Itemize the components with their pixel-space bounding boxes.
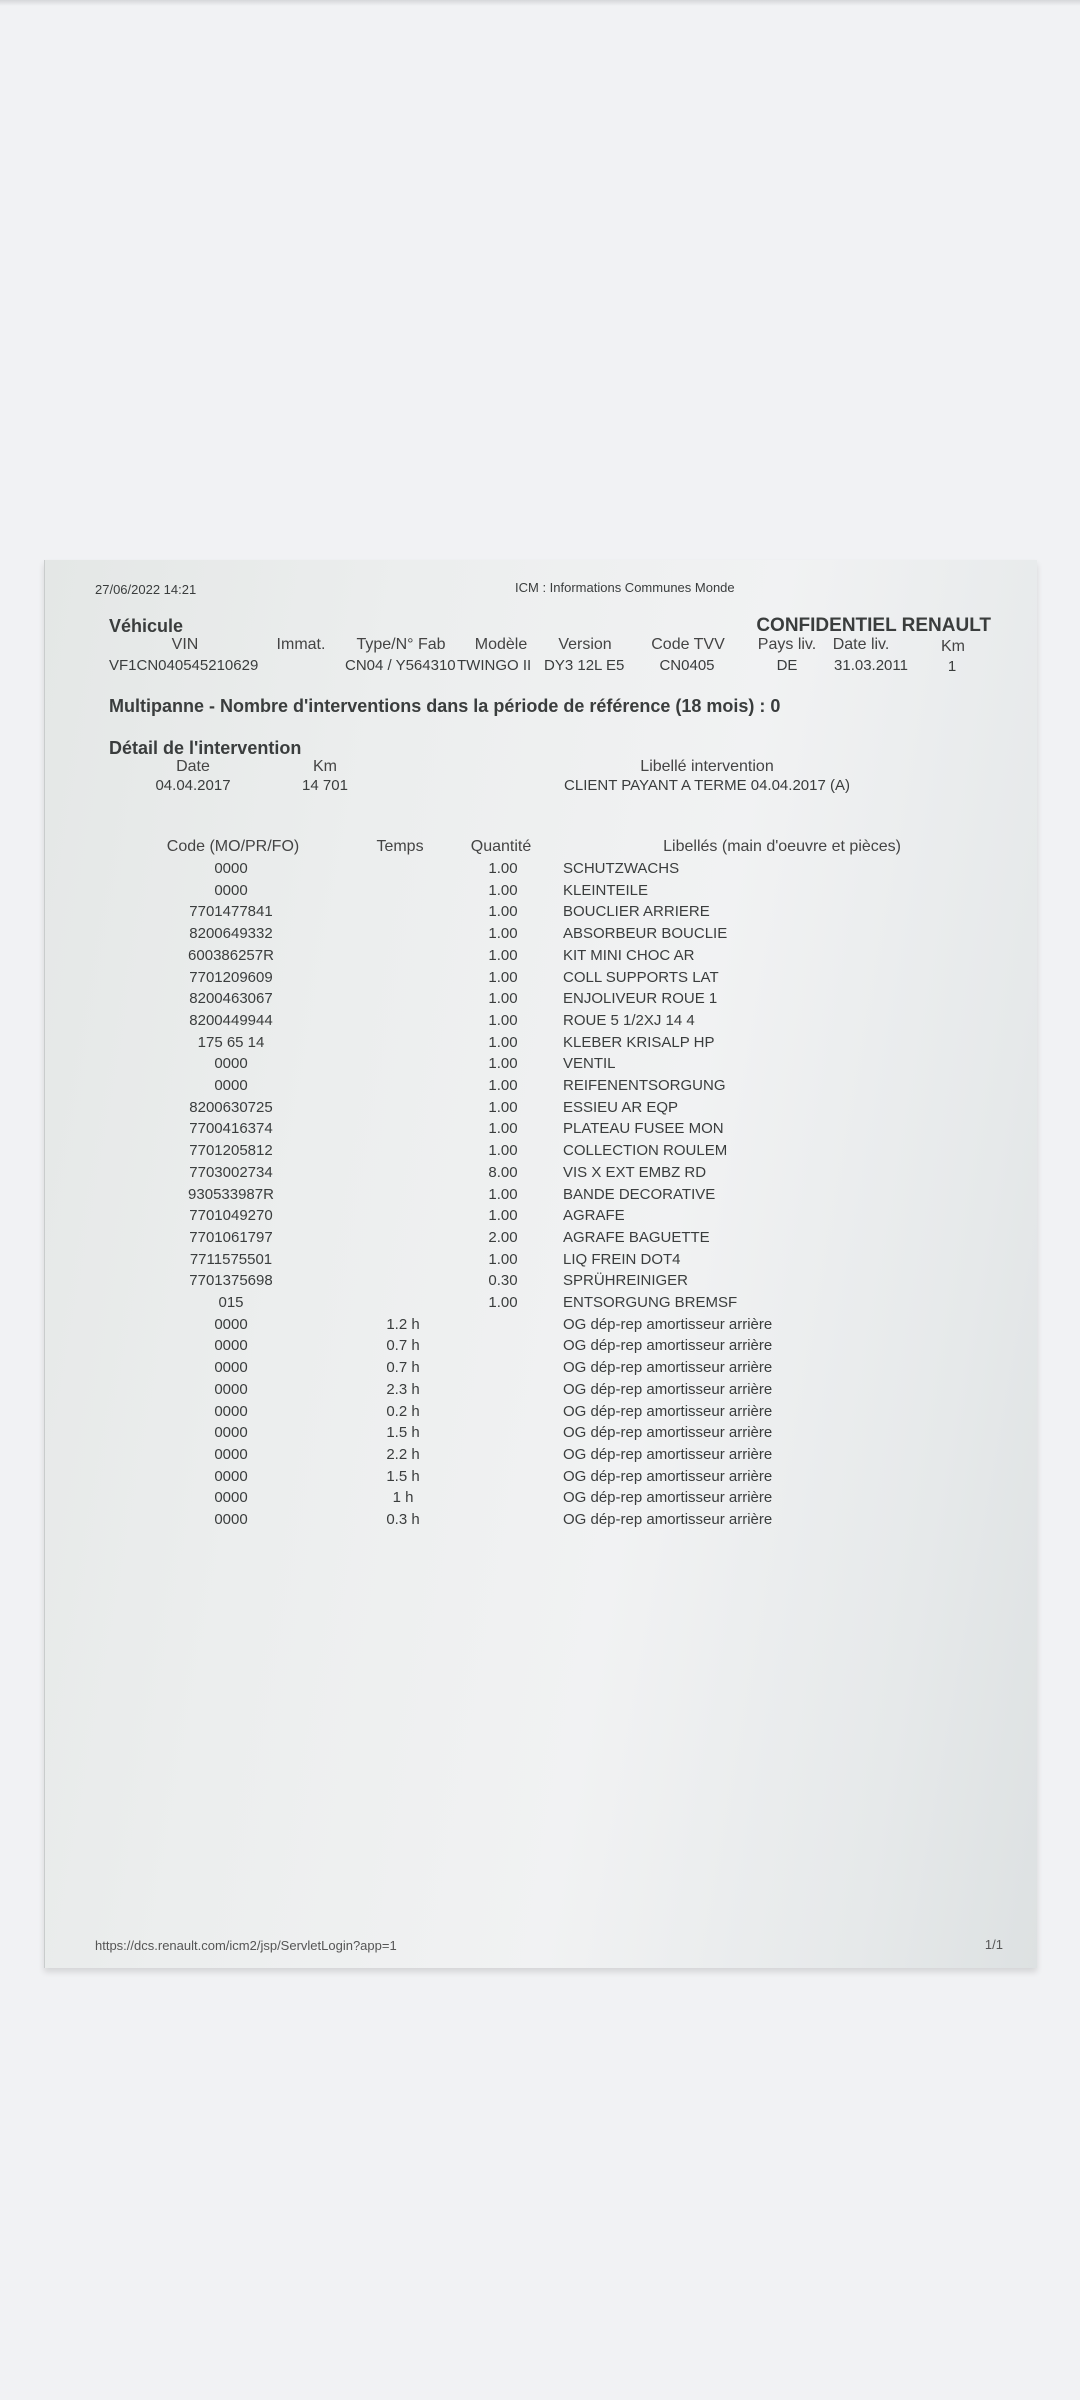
row-temps: 0.7 h [386, 1337, 419, 1354]
row-libelle: ENJOLIVEUR ROUE 1 [563, 990, 717, 1007]
table-row: 175 65 141.00KLEBER KRISALP HP [45, 1034, 1037, 1055]
km-label: Km [941, 638, 965, 656]
table-row: 00001.5 hOG dép-rep amortisseur arrière [45, 1424, 1037, 1445]
row-libelle: BOUCLIER ARRIERE [563, 903, 710, 920]
row-code: 0000 [214, 1403, 247, 1420]
row-code: 0000 [214, 1489, 247, 1506]
row-libelle: COLLECTION ROULEM [563, 1142, 727, 1159]
row-libelle: REIFENENTSORGUNG [563, 1077, 726, 1094]
intervention-date-value: 04.04.2017 [155, 777, 230, 794]
row-code: 0000 [214, 1381, 247, 1398]
row-quantite: 1.00 [488, 947, 517, 964]
intervention-section-title: Détail de l'intervention [109, 738, 301, 759]
table-row: 77030027348.00VIS X EXT EMBZ RD [45, 1164, 1037, 1185]
table-row: 0151.00ENTSORGUNG BREMSF [45, 1294, 1037, 1315]
date-liv-label: Date liv. [833, 636, 890, 654]
row-libelle: OG dép-rep amortisseur arrière [563, 1359, 772, 1376]
km-value: 1 [948, 658, 956, 675]
row-code: 7701049270 [189, 1207, 272, 1224]
row-temps: 0.7 h [386, 1359, 419, 1376]
vehicle-section-title: Véhicule [109, 616, 183, 637]
immat-label: Immat. [277, 636, 326, 654]
table-row: 00001.00REIFENENTSORGUNG [45, 1077, 1037, 1098]
row-code: 0000 [214, 882, 247, 899]
table-row: 00000.2 hOG dép-rep amortisseur arrière [45, 1403, 1037, 1424]
row-code: 0000 [214, 860, 247, 877]
pays-liv-label: Pays liv. [758, 636, 816, 654]
intervention-km-value: 14 701 [302, 777, 348, 794]
row-temps: 1 h [393, 1489, 414, 1506]
row-quantite: 1.00 [488, 990, 517, 1007]
code-tvv-label: Code TVV [651, 636, 725, 654]
table-row: 00001.00SCHUTZWACHS [45, 860, 1037, 881]
row-code: 8200463067 [189, 990, 272, 1007]
status-bar-shadow [0, 0, 1080, 6]
row-code: 7701209609 [189, 969, 272, 986]
table-row: 00000.3 hOG dép-rep amortisseur arrière [45, 1511, 1037, 1532]
col-header-quantite: Quantité [471, 838, 531, 856]
row-quantite: 1.00 [488, 1099, 517, 1116]
row-quantite: 1.00 [488, 860, 517, 877]
row-temps: 1.5 h [386, 1424, 419, 1441]
row-code: 7701061797 [189, 1229, 272, 1246]
version-value: DY3 12L E5 [544, 657, 624, 674]
modele-label: Modèle [475, 636, 527, 654]
multipanne-summary: Multipanne - Nombre d'interventions dans… [109, 696, 780, 717]
col-header-code: Code (MO/PR/FO) [167, 838, 299, 856]
row-code: 175 65 14 [198, 1034, 265, 1051]
row-quantite: 1.00 [488, 969, 517, 986]
row-libelle: OG dép-rep amortisseur arrière [563, 1468, 772, 1485]
type-value: CN04 / Y564310 [345, 657, 456, 674]
row-libelle: OG dép-rep amortisseur arrière [563, 1381, 772, 1398]
row-code: 7711575501 [190, 1251, 272, 1268]
type-label: Type/N° Fab [356, 636, 445, 654]
table-row: 00001 hOG dép-rep amortisseur arrière [45, 1489, 1037, 1510]
row-quantite: 1.00 [488, 1251, 517, 1268]
system-title: ICM : Informations Communes Monde [515, 580, 735, 595]
row-quantite: 1.00 [488, 903, 517, 920]
code-tvv-value: CN0405 [659, 657, 714, 674]
table-row: 82006493321.00ABSORBEUR BOUCLIE [45, 925, 1037, 946]
row-quantite: 1.00 [488, 1012, 517, 1029]
col-header-temps: Temps [376, 838, 423, 856]
row-libelle: AGRAFE BAGUETTE [563, 1229, 710, 1246]
row-quantite: 1.00 [488, 925, 517, 942]
row-quantite: 1.00 [488, 1294, 517, 1311]
row-libelle: SPRÜHREINIGER [563, 1272, 688, 1289]
row-quantite: 1.00 [488, 1207, 517, 1224]
table-row: 00001.2 hOG dép-rep amortisseur arrière [45, 1316, 1037, 1337]
row-code: 8200649332 [189, 925, 272, 942]
intervention-date-label: Date [176, 758, 210, 776]
modele-value: TWINGO II [457, 657, 531, 674]
row-code: 015 [218, 1294, 243, 1311]
row-libelle: KIT MINI CHOC AR [563, 947, 694, 964]
row-code: 0000 [214, 1359, 247, 1376]
date-liv-value: 31.03.2011 [834, 657, 908, 674]
row-code: 0000 [214, 1316, 247, 1333]
row-code: 0000 [214, 1424, 247, 1441]
row-libelle: KLEBER KRISALP HP [563, 1034, 714, 1051]
row-code: 0000 [214, 1055, 247, 1072]
table-row: 82004499441.00ROUE 5 1/2XJ 14 4 [45, 1012, 1037, 1033]
row-temps: 1.2 h [386, 1316, 419, 1333]
row-temps: 2.3 h [386, 1381, 419, 1398]
row-libelle: OG dép-rep amortisseur arrière [563, 1446, 772, 1463]
row-temps: 0.2 h [386, 1403, 419, 1420]
document-page: 27/06/2022 14:21 ICM : Informations Comm… [44, 560, 1037, 1968]
table-row: 00002.3 hOG dép-rep amortisseur arrière [45, 1381, 1037, 1402]
row-code: 0000 [214, 1446, 247, 1463]
row-code: 8200630725 [189, 1099, 272, 1116]
row-libelle: PLATEAU FUSEE MON [563, 1120, 724, 1137]
table-row: 00002.2 hOG dép-rep amortisseur arrière [45, 1446, 1037, 1467]
table-row: 77010492701.00AGRAFE [45, 1207, 1037, 1228]
row-libelle: KLEINTEILE [563, 882, 648, 899]
table-row: 77012096091.00COLL SUPPORTS LAT [45, 969, 1037, 990]
row-quantite: 1.00 [488, 1055, 517, 1072]
row-libelle: COLL SUPPORTS LAT [563, 969, 719, 986]
row-code: 0000 [214, 1468, 247, 1485]
row-quantite: 1.00 [488, 1186, 517, 1203]
table-row: 600386257R1.00KIT MINI CHOC AR [45, 947, 1037, 968]
row-libelle: VENTIL [563, 1055, 616, 1072]
row-quantite: 1.00 [488, 1034, 517, 1051]
row-libelle: ROUE 5 1/2XJ 14 4 [563, 1012, 695, 1029]
row-temps: 2.2 h [386, 1446, 419, 1463]
row-quantite: 1.00 [488, 1120, 517, 1137]
row-code: 600386257R [188, 947, 274, 964]
version-label: Version [558, 636, 611, 654]
confidential-label: CONFIDENTIEL RENAULT [756, 615, 991, 637]
table-row: 82006307251.00ESSIEU AR EQP [45, 1099, 1037, 1120]
row-quantite: 1.00 [488, 1142, 517, 1159]
table-row: 77010617972.00AGRAFE BAGUETTE [45, 1229, 1037, 1250]
row-libelle: LIQ FREIN DOT4 [563, 1251, 681, 1268]
row-code: 0000 [214, 1511, 247, 1528]
intervention-libelle-label: Libellé intervention [640, 758, 773, 776]
row-code: 0000 [214, 1077, 247, 1094]
row-code: 7703002734 [189, 1164, 272, 1181]
row-quantite: 0.30 [488, 1272, 517, 1289]
row-libelle: OG dép-rep amortisseur arrière [563, 1424, 772, 1441]
row-libelle: OG dép-rep amortisseur arrière [563, 1316, 772, 1333]
table-row: 00000.7 hOG dép-rep amortisseur arrière [45, 1337, 1037, 1358]
row-code: 7701375698 [189, 1272, 272, 1289]
table-row: 77004163741.00PLATEAU FUSEE MON [45, 1120, 1037, 1141]
row-libelle: OG dép-rep amortisseur arrière [563, 1403, 772, 1420]
row-temps: 0.3 h [386, 1511, 419, 1528]
row-libelle: OG dép-rep amortisseur arrière [563, 1337, 772, 1354]
table-row: 930533987R1.00BANDE DECORATIVE [45, 1186, 1037, 1207]
row-libelle: ESSIEU AR EQP [563, 1099, 678, 1116]
table-row: 00000.7 hOG dép-rep amortisseur arrière [45, 1359, 1037, 1380]
row-code: 0000 [214, 1337, 247, 1354]
row-libelle: OG dép-rep amortisseur arrière [563, 1511, 772, 1528]
print-datetime: 27/06/2022 14:21 [95, 582, 196, 597]
table-row: 77013756980.30SPRÜHREINIGER [45, 1272, 1037, 1293]
row-libelle: AGRAFE [563, 1207, 625, 1224]
footer-url: https://dcs.renault.com/icm2/jsp/Servlet… [95, 1938, 397, 1953]
row-quantite: 2.00 [488, 1229, 517, 1246]
row-code: 930533987R [188, 1186, 274, 1203]
col-header-libelles: Libellés (main d'oeuvre et pièces) [663, 838, 901, 856]
table-row: 00001.00VENTIL [45, 1055, 1037, 1076]
row-libelle: BANDE DECORATIVE [563, 1186, 715, 1203]
table-row: 77115755011.00LIQ FREIN DOT4 [45, 1251, 1037, 1272]
row-libelle: ENTSORGUNG BREMSF [563, 1294, 737, 1311]
row-libelle: VIS X EXT EMBZ RD [563, 1164, 706, 1181]
row-code: 7700416374 [189, 1120, 272, 1137]
intervention-km-label: Km [313, 758, 337, 776]
row-libelle: OG dép-rep amortisseur arrière [563, 1489, 772, 1506]
page-number: 1/1 [985, 1937, 1003, 1952]
table-row: 00001.00KLEINTEILE [45, 882, 1037, 903]
table-row: 00001.5 hOG dép-rep amortisseur arrière [45, 1468, 1037, 1489]
row-libelle: ABSORBEUR BOUCLIE [563, 925, 727, 942]
table-row: 82004630671.00ENJOLIVEUR ROUE 1 [45, 990, 1037, 1011]
row-libelle: SCHUTZWACHS [563, 860, 679, 877]
row-quantite: 1.00 [488, 1077, 517, 1094]
row-code: 7701477841 [189, 903, 272, 920]
table-row: 77012058121.00COLLECTION ROULEM [45, 1142, 1037, 1163]
row-temps: 1.5 h [386, 1468, 419, 1485]
intervention-libelle-value: CLIENT PAYANT A TERME 04.04.2017 (A) [564, 777, 850, 794]
table-row: 77014778411.00BOUCLIER ARRIERE [45, 903, 1037, 924]
pays-liv-value: DE [777, 657, 798, 674]
row-code: 8200449944 [189, 1012, 272, 1029]
row-quantite: 8.00 [488, 1164, 517, 1181]
row-code: 7701205812 [189, 1142, 272, 1159]
vin-label: VIN [172, 636, 199, 654]
vin-value: VF1CN040545210629 [109, 657, 258, 674]
row-quantite: 1.00 [488, 882, 517, 899]
